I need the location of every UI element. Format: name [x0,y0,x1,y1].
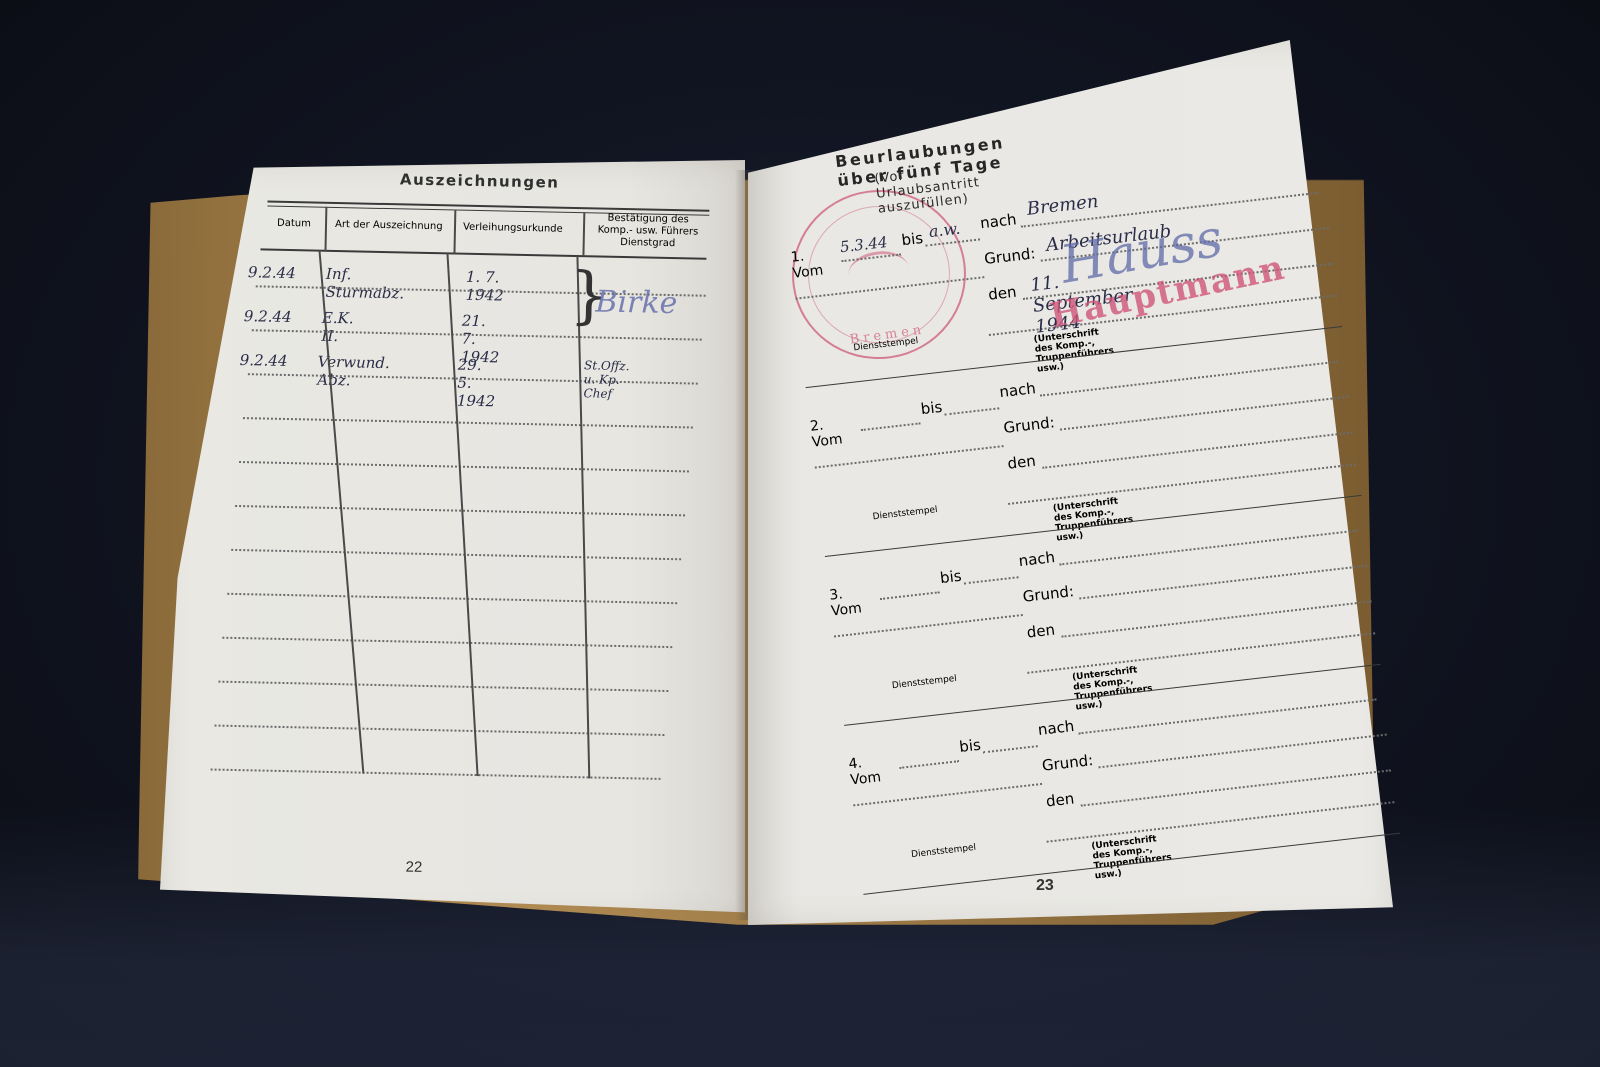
col-urkunde: Verleihungsurkunde [463,222,573,235]
row-datum: 9.2.44 [244,307,292,326]
row-urkunde: 1. 7. 1942 [465,268,504,305]
bis-label: bis [920,398,943,418]
row-urkunde: 29. 5. 1942 [457,356,496,411]
den-label: den [987,283,1017,304]
row-datum: 9.2.44 [248,263,296,282]
bis-label: bis [958,736,981,756]
page-number-right: 23 [1036,877,1054,895]
den-label: den [1026,621,1056,642]
col-datum: Datum [277,218,327,230]
den-label: den [1007,452,1037,473]
confirmation-rank: St.Offz. u. Kp. Chef [583,358,629,401]
confirmation-signature: Birke [595,284,678,321]
den-label: den [1045,789,1075,810]
bis-label: bis [939,567,962,587]
bis-value: a.w. [928,219,961,241]
awards-title: Auszeichnungen [400,170,560,191]
row-datum: 9.2.44 [240,351,288,370]
row-art: Inf. Sturmabz. [325,265,404,303]
col-bestaetigung: Bestätigung des Komp.- usw. Führers Dien… [589,212,708,250]
entry-num: 4. Vom [848,753,882,788]
entry-num: 2. Vom [809,415,843,450]
entry-num: 3. Vom [828,584,862,619]
entry-num: 1. Vom [790,247,824,282]
bis-label: bis [901,229,924,249]
page-number-left: 22 [405,859,422,876]
